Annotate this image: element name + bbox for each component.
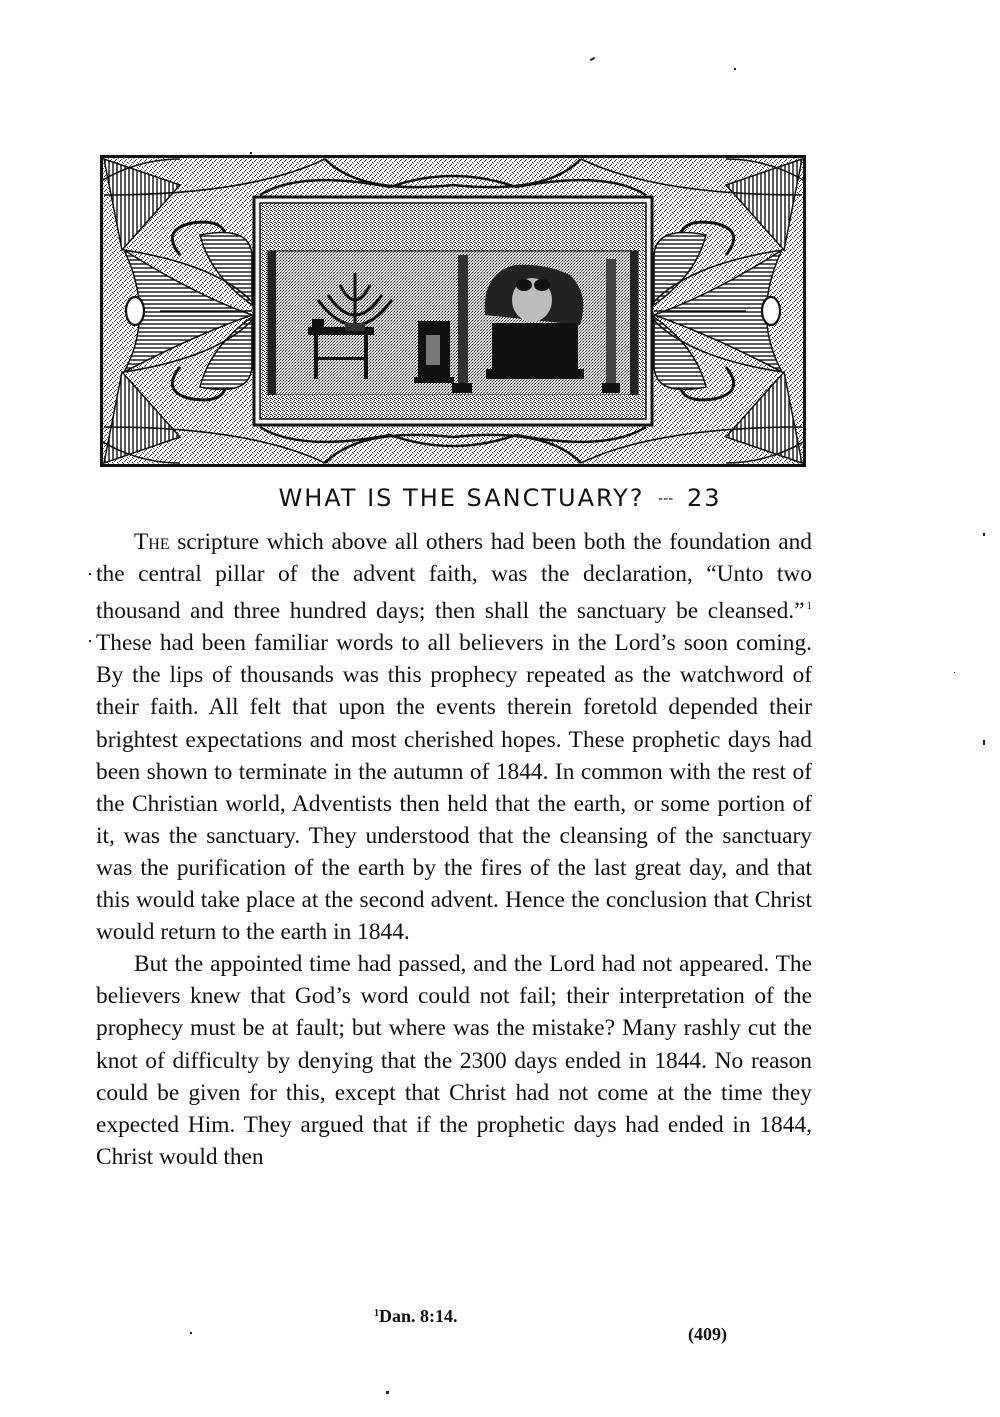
chapter-title-text: WHAT IS THE SANCTUARY?	[278, 484, 644, 512]
page-number: (409)	[688, 1324, 727, 1345]
scan-speck	[386, 1391, 389, 1394]
chapter-number: 23	[687, 484, 722, 512]
scan-speck	[954, 672, 955, 673]
paragraph-lead-word: The	[134, 529, 170, 555]
scan-speck	[89, 640, 91, 642]
paragraph-text: But the appointed time had passed, and t…	[96, 951, 812, 1170]
paragraph: But the appointed time had passed, and t…	[96, 948, 812, 1173]
ornamental-frame-icon	[100, 155, 806, 467]
paragraph-text: scripture which above all others had bee…	[96, 529, 812, 624]
scan-speck	[734, 68, 736, 70]
chapter-body: The scripture which above all others had…	[96, 526, 812, 1173]
footnote: 1Dan. 8:14.	[374, 1306, 458, 1327]
footnote-reference: 1	[807, 600, 813, 612]
chapter-title-separator: ---	[658, 491, 673, 507]
chapter-headpiece	[100, 155, 806, 467]
scan-speck	[983, 740, 985, 745]
scan-speck	[89, 573, 91, 575]
tabernacle-illustration	[262, 205, 644, 417]
paragraph-text-continued: These had been familiar words to all bel…	[96, 630, 812, 945]
paragraph: The scripture which above all others had…	[96, 526, 812, 948]
scan-speck	[590, 57, 595, 61]
scan-speck	[250, 152, 252, 154]
chapter-title: WHAT IS THE SANCTUARY? --- 23	[0, 484, 1000, 512]
scan-speck	[190, 1332, 192, 1334]
scan-speck	[983, 533, 985, 536]
footnote-text: Dan. 8:14.	[379, 1306, 458, 1326]
